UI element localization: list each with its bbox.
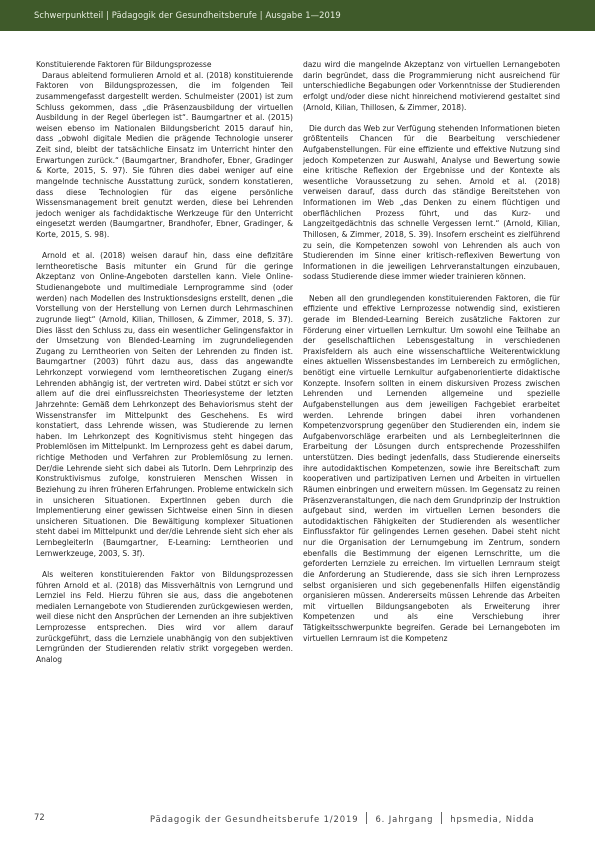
footer-divider <box>441 812 442 824</box>
running-header-bar: Schwerpunktteil | Pädagogik der Gesundhe… <box>0 0 595 31</box>
footer-volume: 6. Jahrgang <box>375 814 433 824</box>
paragraph: Als weiteren konstituierenden Faktor von… <box>36 570 293 666</box>
page-number: 72 <box>34 812 45 822</box>
footer-info: Pädagogik der Gesundheitsberufe 1/20196.… <box>150 812 535 824</box>
footer-publisher: hpsmedia, Nidda <box>450 814 534 824</box>
running-header-title: Schwerpunktteil | Pädagogik der Gesundhe… <box>34 10 341 20</box>
footer-divider <box>366 812 367 824</box>
paragraph: Die durch das Web zur Verfügung stehende… <box>303 124 560 283</box>
section-heading: Konstituierende Faktoren für Bildungspro… <box>36 60 293 71</box>
page-footer: 72 Pädagogik der Gesundheitsberufe 1/201… <box>0 812 595 826</box>
footer-journal: Pädagogik der Gesundheitsberufe 1/2019 <box>150 814 358 824</box>
right-column: dazu wird die mangelnde Akzeptanz von vi… <box>303 60 560 644</box>
left-column: Konstituierende Faktoren für Bildungspro… <box>36 60 293 666</box>
paragraph: Arnold et al. (2018) weisen darauf hin, … <box>36 251 293 559</box>
paragraph: Neben all den grundlegenden konstituiere… <box>303 294 560 645</box>
paragraph-continuation: dazu wird die mangelnde Akzeptanz von vi… <box>303 60 560 113</box>
paragraph: Daraus ableitend formulieren Arnold et a… <box>36 71 293 241</box>
